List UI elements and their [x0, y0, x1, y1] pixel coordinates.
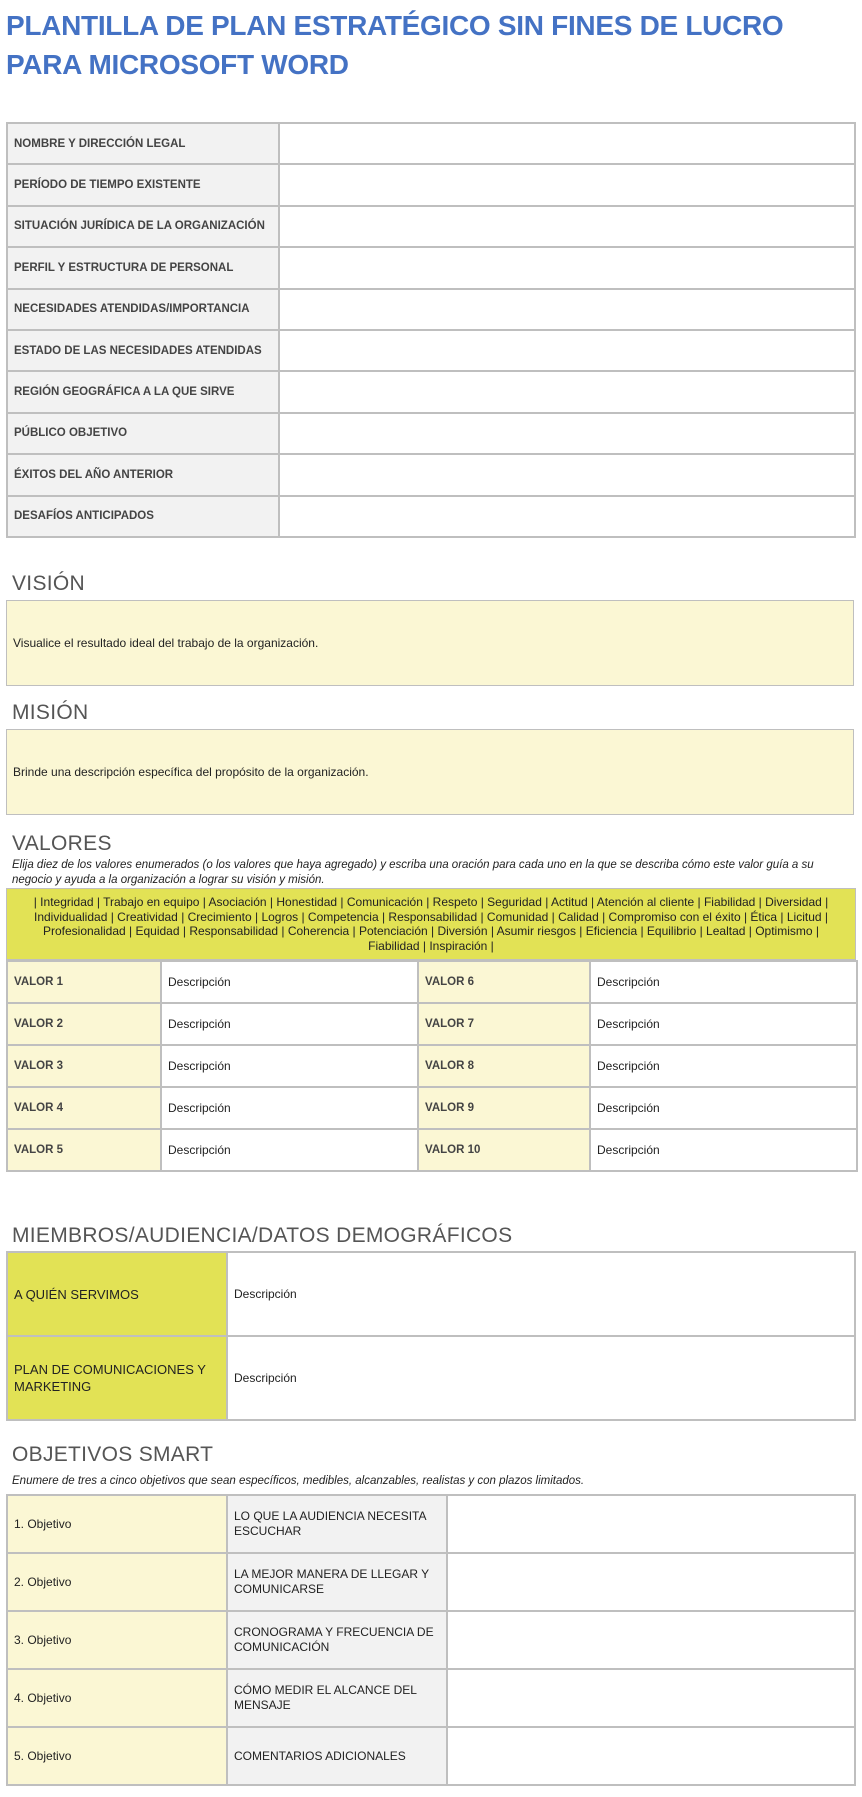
table-row: DESAFÍOS ANTICIPADOS	[7, 496, 855, 537]
value-label: VALOR 10	[418, 1129, 590, 1171]
table-row: ÉXITOS DEL AÑO ANTERIOR	[7, 454, 855, 495]
info-value-field[interactable]	[279, 371, 855, 412]
table-row: PERÍODO DE TIEMPO EXISTENTE	[7, 164, 855, 205]
info-value-field[interactable]	[279, 330, 855, 371]
info-value-field[interactable]	[279, 247, 855, 288]
value-label: VALOR 2	[7, 1003, 161, 1045]
objective-answer-field[interactable]	[447, 1495, 855, 1553]
table-row: ESTADO DE LAS NECESIDADES ATENDIDAS	[7, 330, 855, 371]
info-value-field[interactable]	[279, 206, 855, 247]
info-label: DESAFÍOS ANTICIPADOS	[7, 496, 279, 537]
value-description-field[interactable]: Descripción	[161, 1045, 418, 1087]
objective-label: 5. Objetivo	[7, 1727, 227, 1785]
members-table: A QUIÉN SERVIMOS Descripción PLAN DE COM…	[6, 1251, 856, 1421]
table-row: 1. Objetivo LO QUE LA AUDIENCIA NECESITA…	[7, 1495, 855, 1553]
info-label: NECESIDADES ATENDIDAS/IMPORTANCIA	[7, 289, 279, 330]
table-row: SITUACIÓN JURÍDICA DE LA ORGANIZACIÓN	[7, 206, 855, 247]
info-value-field[interactable]	[279, 164, 855, 205]
members-heading: MIEMBROS/AUDIENCIA/DATOS DEMOGRÁFICOS	[12, 1224, 512, 1248]
objective-question: CRONOGRAMA Y FRECUENCIA DE COMUNICACIÓN	[227, 1611, 447, 1669]
table-row: A QUIÉN SERVIMOS Descripción	[7, 1252, 855, 1336]
vision-heading: VISIÓN	[12, 572, 85, 596]
value-label: VALOR 9	[418, 1087, 590, 1129]
table-row: VALOR 4 Descripción VALOR 9 Descripción	[7, 1087, 857, 1129]
objective-question: LA MEJOR MANERA DE LLEGAR Y COMUNICARSE	[227, 1553, 447, 1611]
objective-question: CÓMO MEDIR EL ALCANCE DEL MENSAJE	[227, 1669, 447, 1727]
objective-answer-field[interactable]	[447, 1669, 855, 1727]
objective-answer-field[interactable]	[447, 1727, 855, 1785]
table-row: PERFIL Y ESTRUCTURA DE PERSONAL	[7, 247, 855, 288]
value-label: VALOR 1	[7, 961, 161, 1003]
value-label: VALOR 8	[418, 1045, 590, 1087]
table-row: VALOR 2 Descripción VALOR 7 Descripción	[7, 1003, 857, 1045]
info-label: PERÍODO DE TIEMPO EXISTENTE	[7, 164, 279, 205]
value-label: VALOR 6	[418, 961, 590, 1003]
value-description-field[interactable]: Descripción	[590, 1087, 857, 1129]
info-label: ÉXITOS DEL AÑO ANTERIOR	[7, 454, 279, 495]
info-value-field[interactable]	[279, 454, 855, 495]
info-label: ESTADO DE LAS NECESIDADES ATENDIDAS	[7, 330, 279, 371]
objective-answer-field[interactable]	[447, 1553, 855, 1611]
table-row: VALOR 5 Descripción VALOR 10 Descripción	[7, 1129, 857, 1171]
organization-info-table: NOMBRE Y DIRECCIÓN LEGAL PERÍODO DE TIEM…	[6, 122, 856, 538]
table-row: REGIÓN GEOGRÁFICA A LA QUE SIRVE	[7, 371, 855, 412]
value-description-field[interactable]: Descripción	[590, 1003, 857, 1045]
objective-label: 2. Objetivo	[7, 1553, 227, 1611]
value-label: VALOR 4	[7, 1087, 161, 1129]
members-label: PLAN DE COMUNICACIONES Y MARKETING	[7, 1336, 227, 1420]
table-row: PÚBLICO OBJETIVO	[7, 413, 855, 454]
smart-heading: OBJETIVOS SMART	[12, 1443, 213, 1467]
info-label: REGIÓN GEOGRÁFICA A LA QUE SIRVE	[7, 371, 279, 412]
page-title: PLANTILLA DE PLAN ESTRATÉGICO SIN FINES …	[6, 6, 856, 84]
info-value-field[interactable]	[279, 123, 855, 164]
members-label: A QUIÉN SERVIMOS	[7, 1252, 227, 1336]
values-table: VALOR 1 Descripción VALOR 6 Descripción …	[6, 960, 858, 1172]
objective-label: 4. Objetivo	[7, 1669, 227, 1727]
members-description-field[interactable]: Descripción	[227, 1336, 855, 1420]
objective-question: LO QUE LA AUDIENCIA NECESITA ESCUCHAR	[227, 1495, 447, 1553]
info-label: NOMBRE Y DIRECCIÓN LEGAL	[7, 123, 279, 164]
mission-field[interactable]: Brinde una descripción específica del pr…	[6, 729, 854, 815]
value-label: VALOR 3	[7, 1045, 161, 1087]
smart-instructions: Enumere de tres a cinco objetivos que se…	[12, 1475, 852, 1487]
table-row: 3. Objetivo CRONOGRAMA Y FRECUENCIA DE C…	[7, 1611, 855, 1669]
table-row: NECESIDADES ATENDIDAS/IMPORTANCIA	[7, 289, 855, 330]
value-description-field[interactable]: Descripción	[590, 1045, 857, 1087]
info-label: PÚBLICO OBJETIVO	[7, 413, 279, 454]
objective-label: 1. Objetivo	[7, 1495, 227, 1553]
value-description-field[interactable]: Descripción	[161, 961, 418, 1003]
info-label: SITUACIÓN JURÍDICA DE LA ORGANIZACIÓN	[7, 206, 279, 247]
table-row: NOMBRE Y DIRECCIÓN LEGAL	[7, 123, 855, 164]
value-description-field[interactable]: Descripción	[161, 1087, 418, 1129]
value-description-field[interactable]: Descripción	[590, 1129, 857, 1171]
value-description-field[interactable]: Descripción	[161, 1003, 418, 1045]
info-label: PERFIL Y ESTRUCTURA DE PERSONAL	[7, 247, 279, 288]
info-value-field[interactable]	[279, 289, 855, 330]
objective-question: COMENTARIOS ADICIONALES	[227, 1727, 447, 1785]
value-description-field[interactable]: Descripción	[590, 961, 857, 1003]
table-row: 4. Objetivo CÓMO MEDIR EL ALCANCE DEL ME…	[7, 1669, 855, 1727]
table-row: 5. Objetivo COMENTARIOS ADICIONALES	[7, 1727, 855, 1785]
table-row: VALOR 1 Descripción VALOR 6 Descripción	[7, 961, 857, 1003]
objective-label: 3. Objetivo	[7, 1611, 227, 1669]
values-list: | Integridad | Trabajo en equipo | Asoci…	[6, 888, 856, 960]
values-heading: VALORES	[12, 832, 112, 856]
table-row: PLAN DE COMUNICACIONES Y MARKETING Descr…	[7, 1336, 855, 1420]
table-row: 2. Objetivo LA MEJOR MANERA DE LLEGAR Y …	[7, 1553, 855, 1611]
value-label: VALOR 5	[7, 1129, 161, 1171]
value-label: VALOR 7	[418, 1003, 590, 1045]
value-description-field[interactable]: Descripción	[161, 1129, 418, 1171]
mission-heading: MISIÓN	[12, 701, 88, 725]
values-instructions: Elija diez de los valores enumerados (o …	[12, 858, 852, 888]
table-row: VALOR 3 Descripción VALOR 8 Descripción	[7, 1045, 857, 1087]
members-description-field[interactable]: Descripción	[227, 1252, 855, 1336]
smart-objectives-table: 1. Objetivo LO QUE LA AUDIENCIA NECESITA…	[6, 1494, 856, 1786]
vision-field[interactable]: Visualice el resultado ideal del trabajo…	[6, 600, 854, 686]
objective-answer-field[interactable]	[447, 1611, 855, 1669]
info-value-field[interactable]	[279, 413, 855, 454]
info-value-field[interactable]	[279, 496, 855, 537]
